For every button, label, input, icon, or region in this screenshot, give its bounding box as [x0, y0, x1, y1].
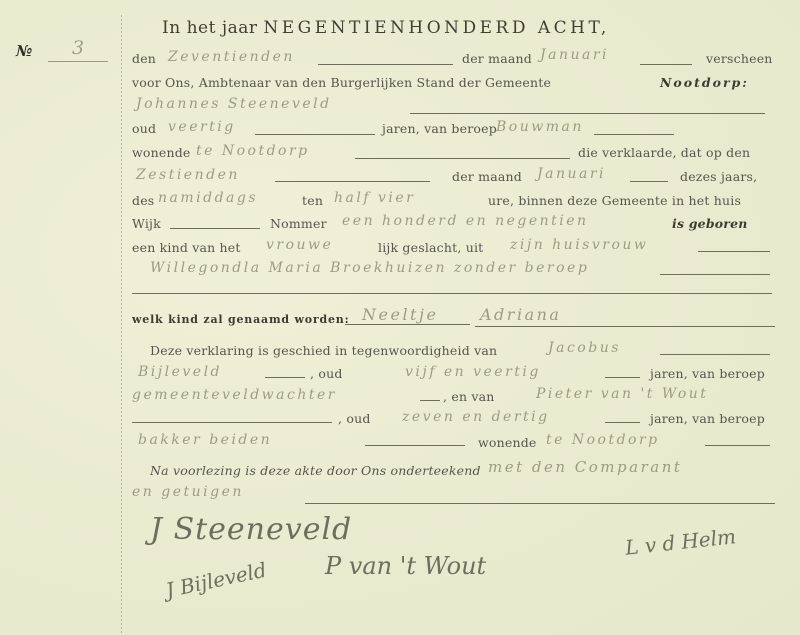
rule — [420, 400, 440, 401]
signed-with: met den Comparant — [488, 458, 682, 476]
rule — [698, 251, 770, 252]
label-jaren-beroep-2: jaren, van beroep — [650, 366, 765, 381]
child-sex: vrouwe — [266, 237, 333, 253]
label-wonende-2: wonende — [478, 435, 537, 450]
witness1-occupation: gemeenteveldwachter — [132, 387, 337, 403]
label-oud: oud — [132, 121, 156, 136]
signature-registrar: L v d Helm — [624, 524, 737, 559]
rule — [705, 445, 770, 446]
mother-name: Willegondla Maria Broekhuizen zonder ber… — [150, 260, 589, 276]
declarant-age: veertig — [168, 119, 236, 135]
birth-time: half vier — [334, 190, 415, 206]
witnesses-residence: te Nootdorp — [546, 432, 660, 448]
label-nommer: Nommer — [270, 216, 327, 231]
rule — [132, 293, 772, 294]
witness2-age: zeven en dertig — [402, 409, 550, 425]
label-wijk: Wijk — [132, 216, 161, 231]
birth-month: Januari — [537, 166, 606, 182]
rule — [365, 445, 465, 446]
label-verklaarde: die verklaarde, dat op den — [578, 145, 750, 160]
label-lijk-geslacht: lijk geslacht, uit — [378, 240, 483, 255]
label-wonende: wonende — [132, 145, 191, 160]
rule — [475, 326, 775, 327]
rule — [594, 134, 674, 135]
label-child-name: welk kind zal genaamd worden: — [132, 313, 349, 326]
rule — [318, 64, 453, 65]
witness-intro: Deze verklaring is geschied in tegenwoor… — [150, 343, 497, 358]
rule — [255, 134, 375, 135]
label-des: des — [132, 193, 154, 208]
label-kind-van-het: een kind van het — [132, 240, 241, 255]
witness1-last-name: Bijleveld — [138, 364, 222, 380]
label-oud-3: , oud — [338, 411, 371, 426]
label-en-van: , en van — [443, 389, 495, 404]
rule — [605, 422, 640, 423]
reading-statement: Na voorlezing is deze akte door Ons onde… — [150, 463, 481, 478]
headline-year: NEGENTIENHONDERD ACHT, — [263, 18, 609, 38]
child-second-name: Adriana — [480, 305, 561, 324]
headline: In het jaar NEGENTIENHONDERD ACHT, — [162, 18, 610, 38]
headline-prefix: In het jaar — [162, 18, 257, 38]
rule — [345, 324, 470, 325]
rule — [170, 228, 260, 229]
label-ten: ten — [302, 193, 323, 208]
signature-witness1: J Bijleveld — [164, 558, 269, 603]
label-dezes-jaars: dezes jaars, — [680, 169, 757, 184]
rule — [275, 181, 430, 182]
municipality: Nootdorp: — [660, 75, 749, 90]
rule — [660, 354, 770, 355]
record-number: 3 — [72, 37, 84, 59]
number-underline — [48, 61, 108, 62]
rule — [605, 377, 640, 378]
house-number: een honderd en negentien — [342, 213, 589, 229]
signature-declarant: J Steeneveld — [150, 512, 352, 547]
rule — [410, 113, 765, 114]
registration-month: Januari — [540, 47, 609, 63]
birth-daypart: namiddags — [158, 190, 258, 206]
number-sign: № — [16, 42, 32, 60]
rule — [132, 422, 332, 423]
witness2-name: Pieter van 't Wout — [536, 386, 708, 402]
declarant-occupation: Bouwman — [496, 119, 584, 135]
label-is-geboren: is geboren — [672, 216, 748, 231]
signature-witness2: P van 't Wout — [325, 552, 486, 580]
label-jaren-beroep: jaren, van beroep — [382, 121, 497, 136]
rule — [305, 503, 775, 504]
label-der-maand: der maand — [462, 51, 532, 66]
label-der-maand-2: der maand — [452, 169, 522, 184]
rule — [640, 64, 692, 65]
child-first-name: Neeltje — [362, 305, 438, 324]
rule — [660, 274, 770, 275]
rule — [265, 377, 305, 378]
registration-day: Zeventienden — [168, 49, 295, 65]
declarant-residence: te Nootdorp — [196, 143, 310, 159]
registrar-text: voor Ons, Ambtenaar van den Burgerlijken… — [132, 75, 551, 90]
mother-relation: zijn huisvrouw — [510, 237, 648, 253]
label-jaren-beroep-3: jaren, van beroep — [650, 411, 765, 426]
declarant-name: Johannes Steeneveld — [136, 96, 332, 112]
witness2-occupation: bakker beiden — [138, 432, 272, 448]
birth-day: Zestienden — [136, 167, 240, 183]
witness1-first-name: Jacobus — [548, 340, 621, 356]
label-ure: ure, binnen deze Gemeente in het huis — [488, 193, 741, 208]
label-verscheen: verscheen — [706, 51, 773, 66]
label-den: den — [132, 51, 156, 66]
rule — [355, 158, 570, 159]
label-oud-2: , oud — [310, 366, 343, 381]
and-witnesses: en getuigen — [132, 484, 244, 500]
witness1-age: vijf en veertig — [405, 364, 541, 380]
margin-rule — [121, 15, 122, 635]
rule — [630, 181, 668, 182]
